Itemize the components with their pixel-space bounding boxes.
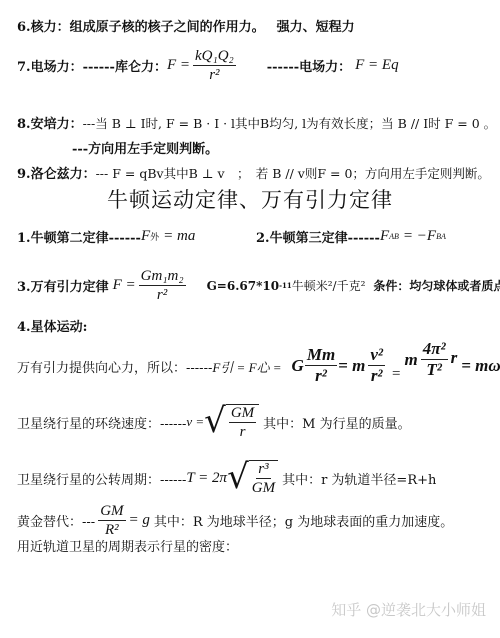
period-fraction: r³ GM bbox=[252, 461, 275, 497]
newton-1-rest: = ma bbox=[163, 228, 195, 245]
item-8-line1: ---当 B ⊥ I时, F = B · I · l其中B均匀, l为有效长度；… bbox=[83, 114, 497, 132]
speed-numerator: GM bbox=[229, 405, 256, 423]
eq-frac-v: v² r² bbox=[368, 346, 385, 386]
field-prefix: ------电场力： bbox=[267, 56, 351, 75]
gravitation-numerator: Gm₁m₂ bbox=[139, 268, 186, 286]
item-9-lorentz-force: 9.洛仑兹力： --- F = qBv其中B ⊥ v ； 若 B // v则F … bbox=[17, 163, 490, 182]
newton-1-sub: 外 bbox=[150, 230, 159, 243]
item-7-electric-force: 7.电场力： ------库仑力： F = kQ₁Q₂ r² ------电场力… bbox=[17, 48, 399, 84]
eq-frac-t: 4π² T² bbox=[421, 340, 448, 380]
golden-fraction: GM R² bbox=[98, 503, 125, 539]
field-formula: F = Eq bbox=[355, 57, 398, 74]
item-9-text: --- F = qBv其中B ⊥ v ； 若 B // v则F = 0；方向用左… bbox=[96, 164, 490, 182]
period-numerator: r³ bbox=[256, 461, 270, 479]
item-8-ampere-force: 8.安培力： ---当 B ⊥ I时, F = B · I · l其中B均匀, … bbox=[17, 113, 496, 132]
golden-text: 黄金替代：--- bbox=[17, 511, 95, 530]
centripetal-lhs: F引 = F心 = bbox=[212, 357, 281, 376]
centripetal-text: 万有引力提供向心力，所以：------ bbox=[17, 357, 212, 376]
eq-r2: r² bbox=[315, 366, 327, 386]
star-motion-label: 4.星体运动: bbox=[17, 316, 87, 335]
newton-2-sub-ba: BA bbox=[436, 232, 446, 241]
speed-lhs: v = bbox=[186, 414, 204, 430]
item-8-line2: ---方向用左手定则判断。 bbox=[72, 138, 218, 157]
gravitation-constant: G=6.67*10 bbox=[207, 279, 280, 293]
section-title: 牛顿运动定律、万有引力定律 bbox=[0, 184, 500, 214]
eq-4pi2: 4π² bbox=[421, 340, 448, 360]
period-denominator: GM bbox=[252, 479, 275, 497]
eq-m: = m bbox=[338, 356, 365, 376]
newton-1-label: 1.牛顿第二定律------ bbox=[17, 227, 141, 246]
golden-numerator: GM bbox=[98, 503, 125, 521]
item-6-nuclear-force: 6.核力：组成原子核的核子之间的作用力。 强力、短程力 bbox=[17, 16, 355, 35]
golden-rhs: = g bbox=[129, 512, 150, 529]
eq-frac-mm: Mm r² bbox=[305, 346, 337, 386]
item-6-label: 6.核力：组成原子核的核子之间的作用力。 bbox=[17, 16, 265, 35]
newton-2-sub-ab: AB bbox=[389, 232, 399, 241]
speed-fraction: GM r bbox=[229, 405, 256, 441]
gravitation-denominator: r² bbox=[157, 286, 167, 304]
orbital-speed: 卫星绕行星的环绕速度：------ v = √ GM r 其中：M 为行星的质量… bbox=[17, 404, 411, 441]
speed-sqrt: √ GM r bbox=[204, 404, 259, 441]
gravitation-label: 3.万有引力定律 bbox=[17, 276, 109, 295]
newton-third-law: 2.牛顿第三定律------ FAB = −FBA bbox=[256, 227, 446, 246]
newton-2-F: F bbox=[380, 228, 389, 245]
gravitation-unit: 牛顿米²/千克² bbox=[292, 277, 366, 294]
eq-r2b: r² bbox=[371, 366, 383, 386]
coulomb-lhs: F = bbox=[167, 57, 190, 74]
golden-substitution: 黄金替代：--- GM R² = g 其中：R 为地球半径；g 为地球表面的重力… bbox=[17, 503, 453, 539]
eq-last: = mω²r bbox=[461, 356, 500, 376]
period-note: 其中：r 为轨道半径=R+h bbox=[282, 469, 436, 488]
eq-v2: v² bbox=[368, 346, 385, 366]
item-8-label: 8.安培力： bbox=[17, 113, 83, 132]
item-7-label: 7.电场力： bbox=[17, 56, 83, 75]
coulomb-fraction: kQ₁Q₂ r² bbox=[193, 48, 236, 84]
coulomb-denominator: r² bbox=[209, 66, 219, 84]
gravitation-exponent: -11 bbox=[279, 281, 292, 290]
sqrt-icon: √ bbox=[204, 404, 226, 441]
golden-note: 其中：R 为地球半径；g 为地球表面的重力加速度。 bbox=[154, 511, 453, 530]
item-9-label: 9.洛仑兹力： bbox=[17, 163, 96, 182]
gravitation-law: 3.万有引力定律 F = Gm₁m₂ r² G=6.67*10-11 牛顿米²/… bbox=[17, 268, 500, 304]
speed-text: 卫星绕行星的环绕速度：------ bbox=[17, 413, 186, 432]
period-lhs: T = 2π bbox=[186, 470, 227, 487]
eq-r: r bbox=[451, 348, 458, 368]
orbital-period: 卫星绕行星的公转周期：------ T = 2π √ r³ GM 其中：r 为轨… bbox=[17, 460, 436, 497]
coulomb-prefix: ------库仑力： bbox=[83, 56, 167, 75]
newton-second-law: 1.牛顿第二定律------ F外 = ma bbox=[17, 227, 195, 246]
gravitation-lhs: F = bbox=[113, 277, 136, 294]
eq-t2: T² bbox=[426, 360, 441, 380]
coulomb-numerator: kQ₁Q₂ bbox=[193, 48, 236, 66]
newton-1-F: F bbox=[141, 228, 150, 245]
eq-mm: Mm bbox=[305, 346, 337, 366]
sqrt-icon: √ bbox=[227, 460, 249, 497]
newton-2-label: 2.牛顿第三定律------ bbox=[256, 227, 380, 246]
period-sqrt: √ r³ GM bbox=[227, 460, 278, 497]
eq-equals: = bbox=[392, 366, 400, 383]
gravitation-condition: 条件：均匀球体或者质点。 bbox=[373, 277, 500, 294]
density-text: 用近轨道卫星的周期表示行星的密度： bbox=[17, 536, 238, 555]
eq-G: G bbox=[292, 356, 304, 376]
speed-note: 其中：M 为行星的质量。 bbox=[263, 413, 410, 432]
centripetal-equation: 万有引力提供向心力，所以：------ F引 = F心 = G Mm r² = … bbox=[17, 346, 500, 386]
newton-2-mid: = −F bbox=[403, 228, 436, 245]
item-6-extra: 强力、短程力 bbox=[277, 16, 355, 35]
speed-denominator: r bbox=[240, 423, 246, 441]
watermark: 知乎 @逆袭北大小师姐 bbox=[331, 599, 486, 620]
eq-m2: m bbox=[404, 350, 417, 370]
gravitation-fraction: Gm₁m₂ r² bbox=[139, 268, 186, 304]
period-text: 卫星绕行星的公转周期：------ bbox=[17, 469, 186, 488]
